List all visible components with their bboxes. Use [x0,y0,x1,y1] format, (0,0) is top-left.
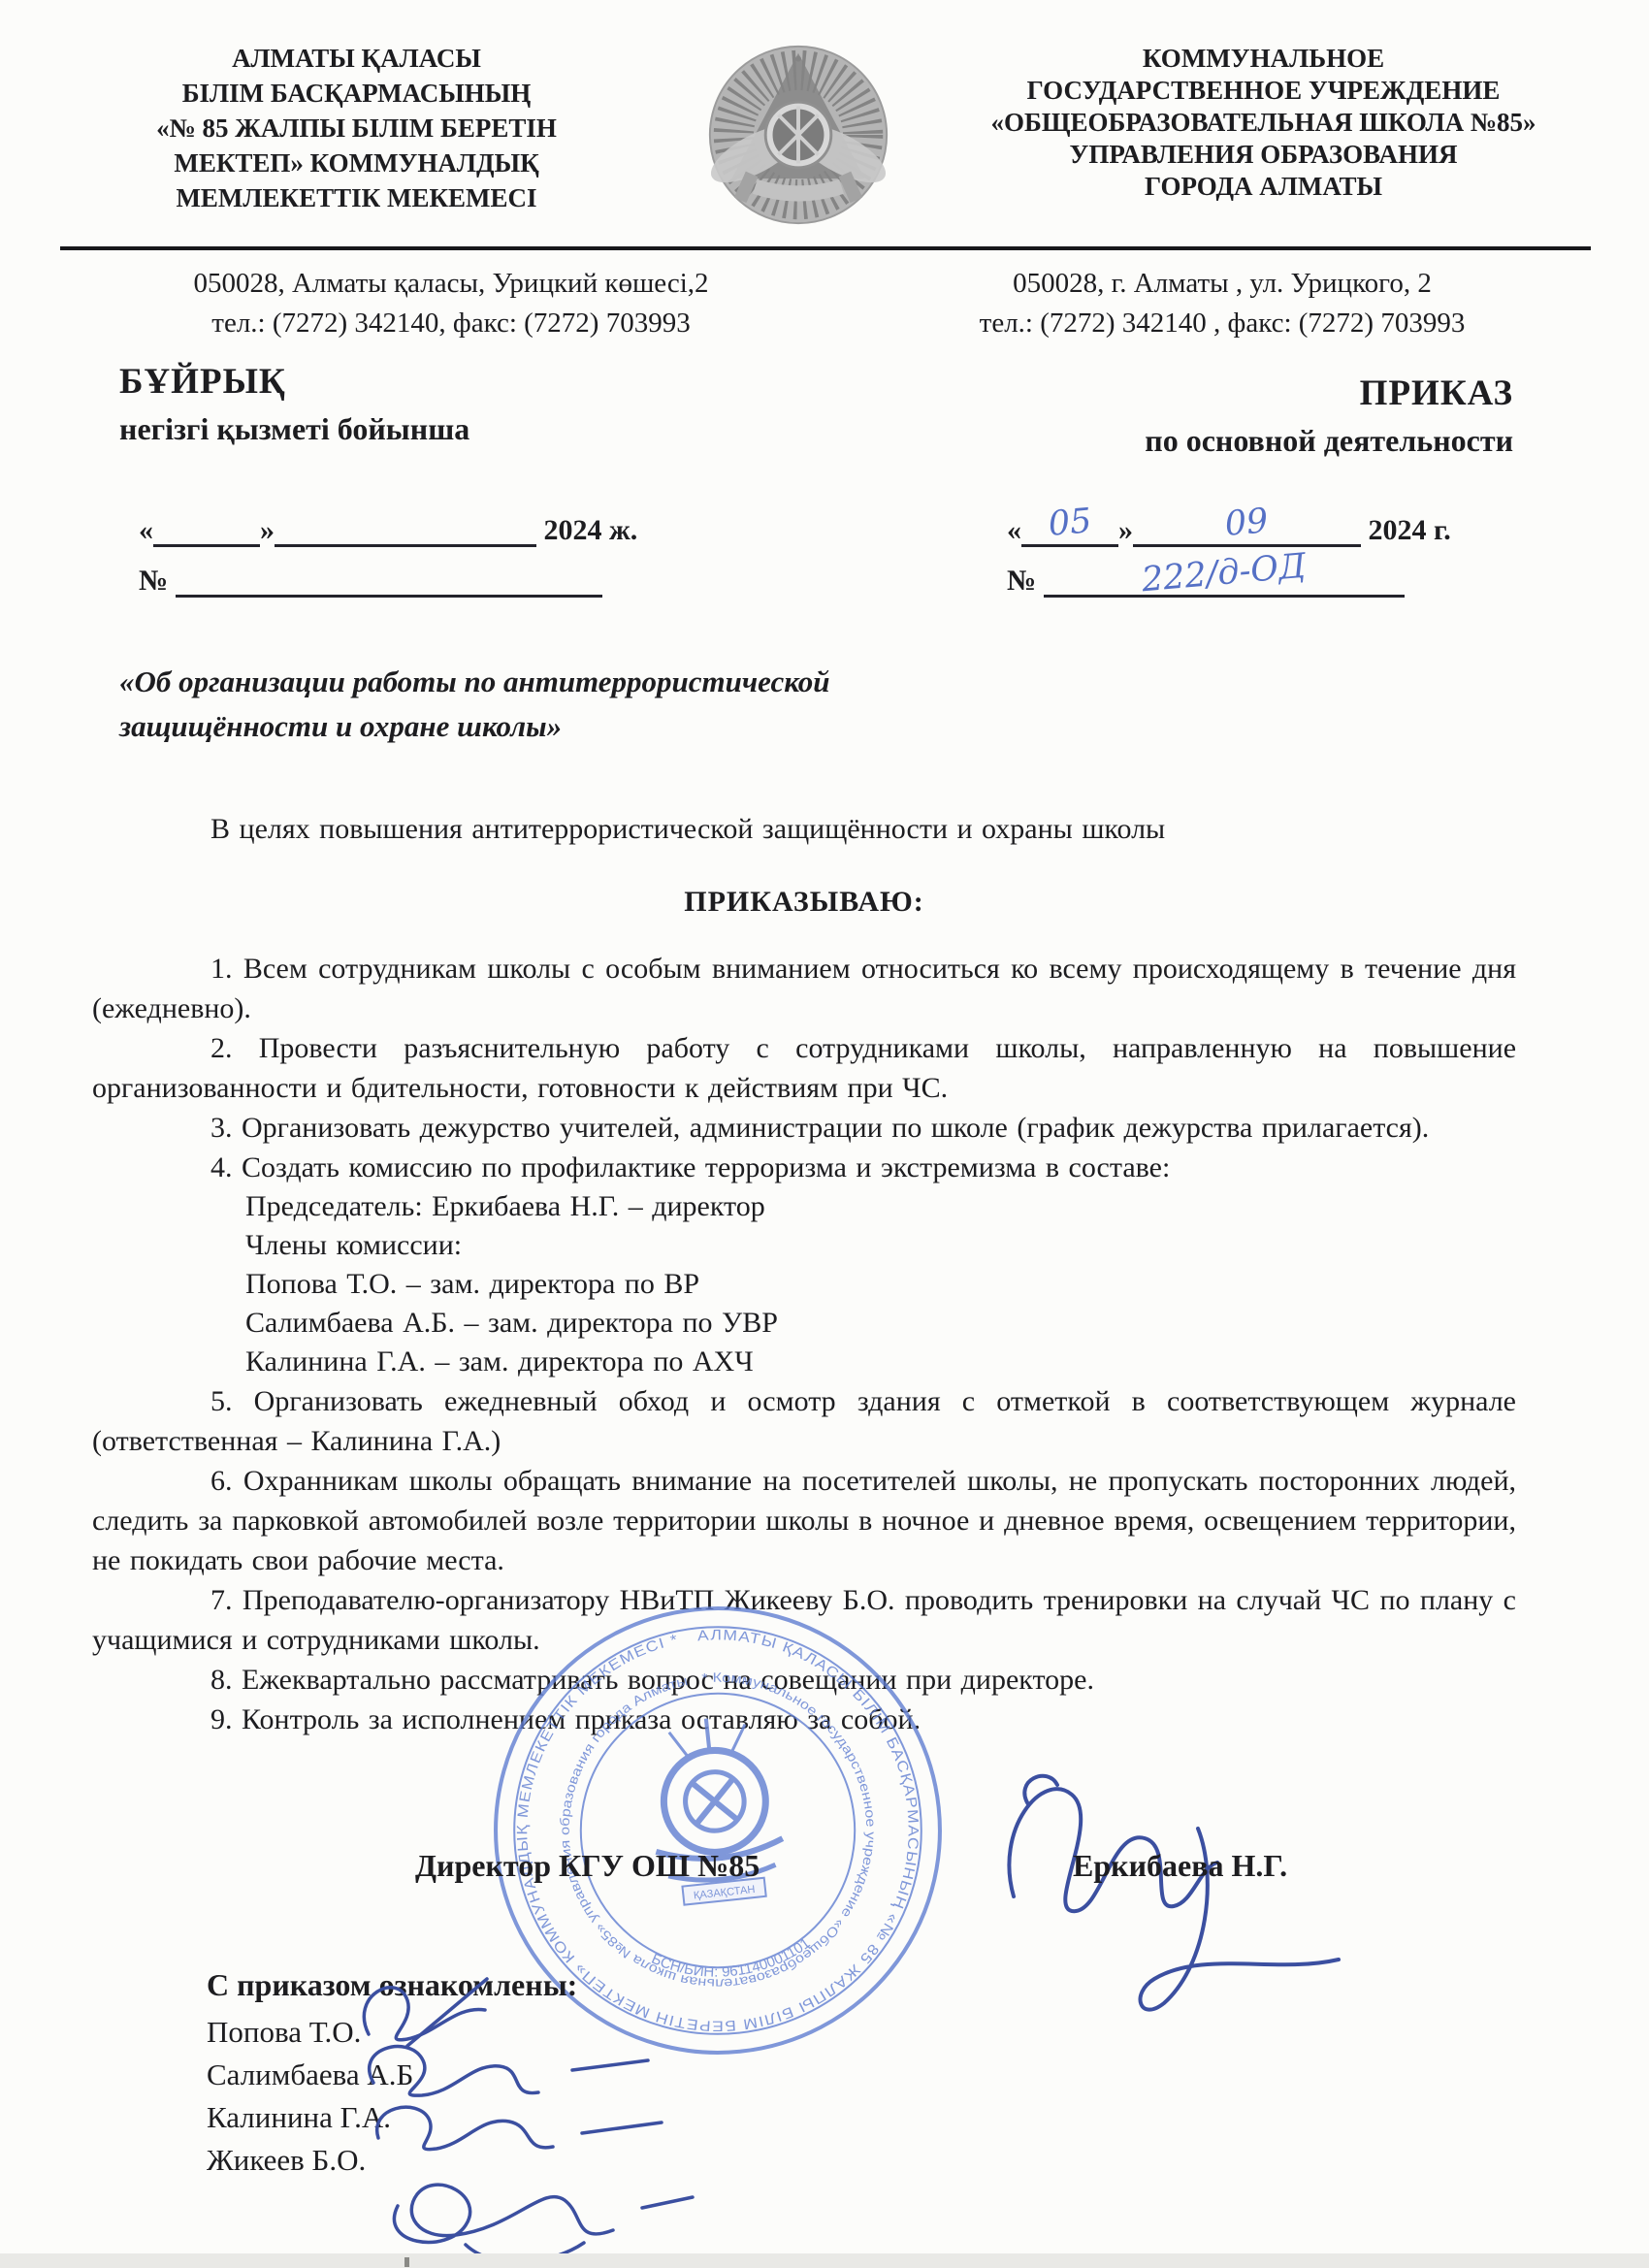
org-name-kk-line: АЛМАТЫ ҚАЛАСЫ [102,41,611,76]
date-row: «» 2024 ж. [139,505,637,556]
item-number: 4. [210,1151,233,1183]
item-number: 3. [210,1112,233,1144]
scanned-order-document: АЛМАТЫ ҚАЛАСЫ БІЛІМ БАСҚАРМАСЫНЫҢ «№ 85 … [0,0,1649,2268]
org-name-ru-line: «ОБЩЕОБРАЗОВАТЕЛЬНАЯ ШКОЛА №85» [946,107,1581,139]
item-text: Создать комиссию по профилактике террори… [242,1151,1170,1183]
order-subject: «Об организации работы по антитеррористи… [119,660,939,749]
item-text: Организовать дежурство учителей, админис… [242,1112,1429,1144]
commission-chair: Председатель: Еркибаева Н.Г. – директор [92,1187,1516,1226]
number-blank-line [176,556,602,598]
org-name-kazakh: АЛМАТЫ ҚАЛАСЫ БІЛІМ БАСҚАРМАСЫНЫҢ «№ 85 … [102,41,611,215]
month-line: 09 [1133,505,1361,547]
kazakhstan-coat-of-arms-icon [703,37,893,233]
order-title: ПРИКАЗ [931,373,1513,414]
number-line: 222/д-ОД [1044,556,1405,598]
commission-member: Салимбаева А.Б. – зам. директора по УВР [92,1304,1516,1343]
org-name-ru-line: ГОСУДАРСТВЕННОЕ УЧРЕЖДЕНИЕ [946,75,1581,107]
address-line: 050028, г. Алматы , ул. Урицкого, 2 [854,264,1591,304]
item-text: Всем сотрудникам школы с особым внимание… [92,953,1516,1024]
order-item-3: 3. Организовать дежурство учителей, адми… [92,1108,1516,1148]
item-number: 8. [210,1664,233,1696]
date-block-kazakh: «» 2024 ж. № [139,505,637,606]
order-subtitle: по основной деятельности [931,423,1513,459]
order-title: БҰЙРЫҚ [119,361,469,403]
item-number: 5. [210,1385,233,1417]
handwritten-day: 05 [1047,502,1093,544]
order-item-6: 6. Охранникам школы обращать внимание на… [92,1461,1516,1580]
item-text: Охранникам школы обращать внимание на по… [92,1465,1516,1576]
item-text: Провести разъяснительную работу с сотруд… [92,1032,1516,1104]
scan-edge-mark [404,2257,409,2267]
item-number: 7. [210,1584,233,1616]
year-label: 2024 г. [1369,514,1451,546]
number-row: № [139,556,637,606]
item-number: 9. [210,1703,233,1735]
quote-open: « [139,514,153,546]
handwritten-month: 09 [1223,502,1270,544]
director-position-label: Директор КГУ ОШ №85 [415,1848,760,1884]
order-title-russian: ПРИКАЗ по основной деятельности [931,373,1513,459]
org-name-kk-line: БІЛІМ БАСҚАРМАСЫНЫҢ [102,76,611,111]
day-blank-line [153,505,260,547]
date-block-russian: «05»09 2024 г. № 222/д-ОД [1007,505,1451,606]
item-text: Организовать ежедневный обход и осмотр з… [92,1385,1516,1457]
director-name: Еркибаева Н.Г. [1073,1848,1287,1884]
phone-line: тел.: (7272) 342140 , факс: (7272) 70399… [854,304,1591,343]
address-line: 050028, Алматы қаласы, Урицкий көшесі,2 [92,264,810,304]
number-sign: № [1007,565,1036,597]
order-title-kazakh: БҰЙРЫҚ негізгі қызметі бойынша [119,361,469,447]
quote-open: « [1007,514,1021,546]
month-blank-line [275,505,536,547]
order-item-2: 2. Провести разъяснительную работу с сот… [92,1028,1516,1108]
scan-edge-strip [0,2253,1649,2268]
intro-paragraph: В целях повышения антитеррористической з… [92,809,1516,849]
acknowledgment-signatures [262,1952,844,2268]
commission-member: Попова Т.О. – зам. директора по ВР [92,1265,1516,1304]
number-sign: № [139,565,168,597]
commission-member: Калинина Г.А. – зам. директора по АХЧ [92,1343,1516,1381]
year-label: 2024 ж. [544,514,638,546]
quote-close: » [1118,514,1133,546]
org-name-kk-line: МЕМЛЕКЕТТІК МЕКЕМЕСІ [102,180,611,215]
item-number: 6. [210,1465,233,1497]
phone-line: тел.: (7272) 342140, факс: (7272) 703993 [92,304,810,343]
org-name-ru-line: УПРАВЛЕНИЯ ОБРАЗОВАНИЯ [946,139,1581,171]
day-line: 05 [1021,505,1118,547]
org-name-russian: КОММУНАЛЬНОЕ ГОСУДАРСТВЕННОЕ УЧРЕЖДЕНИЕ … [946,43,1581,203]
contact-block-kazakh: 050028, Алматы қаласы, Урицкий көшесі,2 … [92,264,810,343]
contact-block-russian: 050028, г. Алматы , ул. Урицкого, 2 тел.… [854,264,1591,343]
order-item-4: 4. Создать комиссию по профилактике терр… [92,1148,1516,1187]
order-item-1: 1. Всем сотрудникам школы с особым внима… [92,949,1516,1028]
date-row: «05»09 2024 г. [1007,505,1451,556]
decree-heading: ПРИКАЗЫВАЮ: [92,882,1516,922]
org-name-ru-line: ГОРОДА АЛМАТЫ [946,171,1581,203]
org-name-kk-line: «№ 85 ЖАЛПЫ БІЛІМ БЕРЕТІН [102,111,611,146]
item-number: 1. [210,953,233,985]
org-name-kk-line: МЕКТЕП» КОММУНАЛДЫҚ [102,146,611,180]
org-name-ru-line: КОММУНАЛЬНОЕ [946,43,1581,75]
quote-close: » [260,514,275,546]
header-divider [60,246,1591,250]
order-subtitle: негізгі қызметі бойынша [119,411,469,447]
item-number: 2. [210,1032,233,1064]
commission-members-label: Члены комиссии: [92,1226,1516,1265]
number-row: № 222/д-ОД [1007,556,1451,606]
order-item-5: 5. Организовать ежедневный обход и осмот… [92,1381,1516,1461]
